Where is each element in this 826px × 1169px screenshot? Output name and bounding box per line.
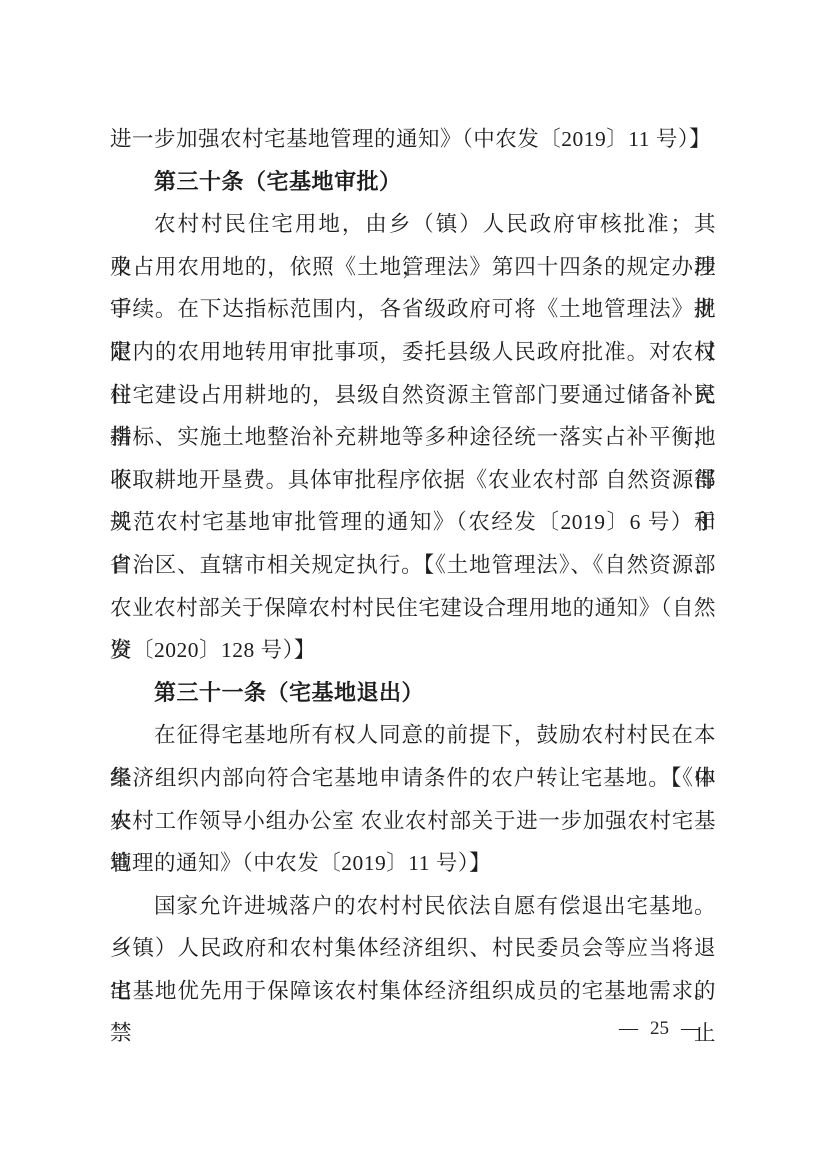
body-line: 在征得宅基地所有权人同意的前提下，鼓励农村村民在本集体 [110,714,716,757]
body-line: 手续。在下达指标范围内，各省级政府可将《土地管理法》规定权 [110,288,716,331]
body-line: 指标、实施土地整治补充耕地等多种途径统一落实占补平衡，不得 [110,416,716,459]
document-page: 进一步加强农村宅基地管理的通知》（中农发〔2019〕11 号）】 第三十条（宅基… [0,0,826,1169]
body-line: 进一步加强农村宅基地管理的通知》（中农发〔2019〕11 号）】 [110,118,716,161]
body-line: 规范农村宅基地审批管理的通知》（农经发〔2019〕6 号）和省、 [110,501,716,544]
page-number-value: 25 [648,1014,671,1044]
body-line: 农业农村部关于保障农村村民住宅建设合理用地的通知》（自然资 [110,587,716,630]
body-line: 住宅建设占用耕地的，县级自然资源主管部门要通过储备补充耕地 [110,374,716,417]
body-line: 自治区、直辖市相关规定执行。【《土地管理法》、《自然资源部 [110,544,716,587]
body-line: 管理的通知》（中农发〔2019〕11 号）】 [110,842,716,885]
body-line: 宅基地优先用于保障该农村集体经济组织成员的宅基地需求。禁止 [110,970,716,1013]
page-number-dash-right: — [671,1014,710,1044]
document-content: 进一步加强农村宅基地管理的通知》（中农发〔2019〕11 号）】 第三十条（宅基… [110,118,716,1012]
body-line: 农村村民住宅用地，由乡（镇）人民政府审核批准；其中，涉 [110,203,716,246]
page-number-dash-left: — [609,1014,648,1044]
body-line: 限内的农用地转用审批事项，委托县级人民政府批准。对农村村民 [110,331,716,374]
page-number: — 25 — [609,1014,710,1044]
article-30-heading: 第三十条（宅基地审批） [110,161,716,204]
body-line: 及占用农用地的，依照《土地管理法》第四十四条的规定办理审批 [110,246,716,289]
body-line: 发〔2020〕128 号）】 [110,629,716,672]
body-line: 收取耕地开垦费。具体审批程序依据《农业农村部 自然资源部关于 [110,459,716,502]
body-line: 国家允许进城落户的农村村民依法自愿有偿退出宅基地。乡 [110,885,716,928]
body-line: （镇）人民政府和农村集体经济组织、村民委员会等应当将退出的 [110,927,716,970]
article-31-heading: 第三十一条（宅基地退出） [110,672,716,715]
body-line: 经济组织内部向符合宅基地申请条件的农户转让宅基地。【《中央 [110,757,716,800]
body-line: 农村工作领导小组办公室 农业农村部关于进一步加强农村宅基地 [110,800,716,843]
